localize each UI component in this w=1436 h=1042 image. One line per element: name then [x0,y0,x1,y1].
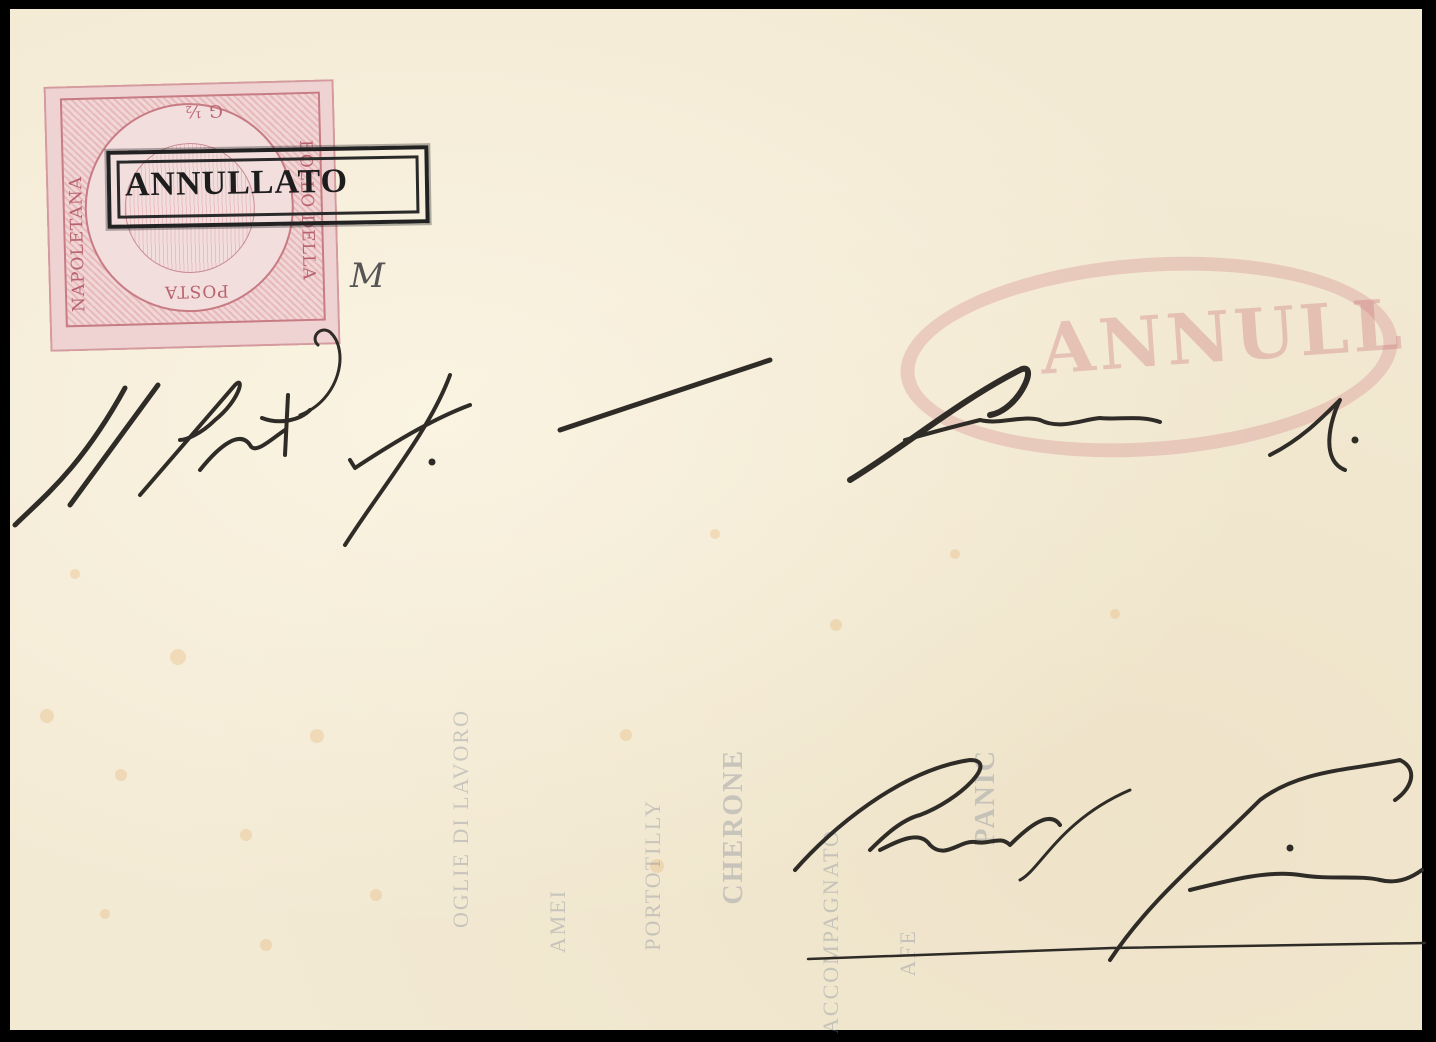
offset-print-line: ACCOMPAGNATO [818,829,844,1034]
offset-print-line: AMEI [545,889,571,953]
address-line-1: Al Rev.do Sig.r Parroco di [40,400,795,468]
stamp-ring-bottom: POSTA [164,280,229,302]
pencil-mark: M [350,256,385,296]
offset-print-line: CHERONE [718,749,750,905]
offset-print-line: OGLIE DI LAVORO [448,709,474,928]
address-line-2: Rocca S. Giovanni [800,790,1332,858]
cancel-text: ANNULLATO [125,163,349,205]
stamp-value: G ½ [184,100,223,121]
stamp-ring-left: NAPOLETANA [66,176,90,313]
offset-print-line: PORTOTILLY [640,799,666,951]
offset-print-line: AFE [895,929,921,977]
annullato-cancel: ANNULLATO [106,145,429,229]
